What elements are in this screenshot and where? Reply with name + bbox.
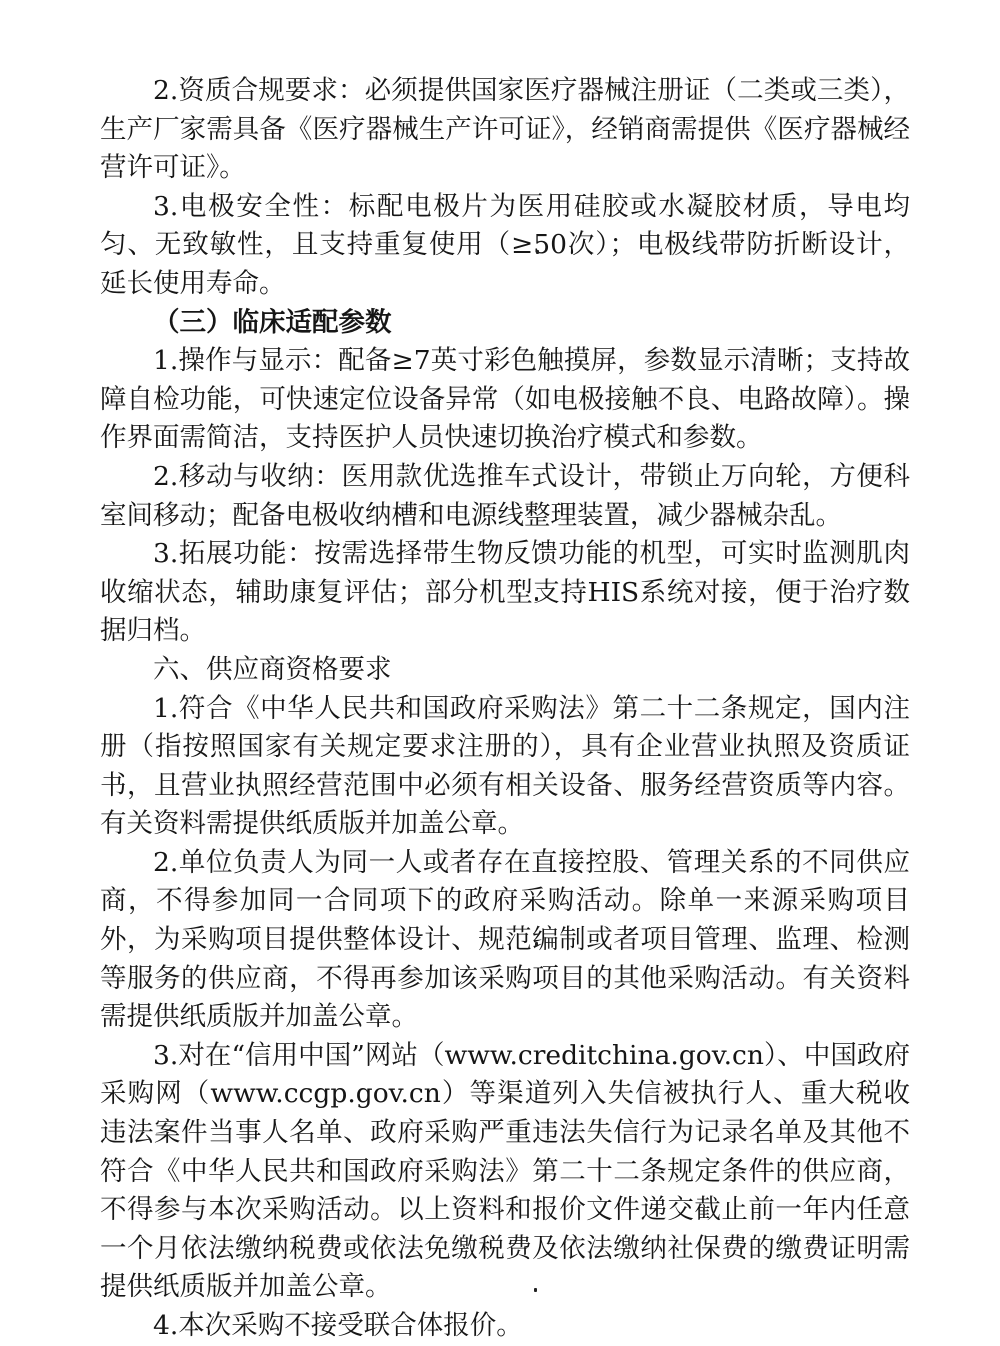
paragraph-no-consortium: 4.本次采购不接受联合体报价。 [100,1307,910,1346]
scan-speck [534,1288,537,1292]
scan-speck [536,250,539,254]
heading-supplier-qualifications: 六、供应商资格要求 [100,651,910,690]
scan-speck [535,597,538,601]
paragraph-electrode-safety: 3.电极安全性：标配电极片为医用硅胶或水凝胶材质，导电均匀、无致敏性，且支持重复… [100,188,910,304]
paragraph-qualification-compliance: 2.资质合规要求：必须提供国家医疗器械注册证（二类或三类），生产厂家需具备《医疗… [100,72,910,188]
paragraph-extended-functions: 3.拓展功能：按需选择带生物反馈功能的机型，可实时监测肌肉收缩状态，辅助康复评估… [100,535,910,651]
paragraph-related-suppliers: 2.单位负责人为同一人或者存在直接控股、管理关系的不同供应商，不得参加同一合同项… [100,844,910,1037]
subheading-clinical-parameters: （三）临床适配参数 [100,304,910,343]
paragraph-operation-display: 1.操作与显示：配备≥7英寸彩色触摸屏，参数显示清晰；支持故障自检功能，可快速定… [100,342,910,458]
document-page: 2.资质合规要求：必须提供国家医疗器械注册证（二类或三类），生产厂家需具备《医疗… [100,72,910,1346]
paragraph-mobility-storage: 2.移动与收纳：医用款优选推车式设计，带锁止万向轮，方便科室间移动；配备电极收纳… [100,458,910,535]
paragraph-credit-records: 3.对在“信用中国”网站（www.creditchina.gov.cn）、中国政… [100,1037,910,1307]
paragraph-procurement-law: 1.符合《中华人民共和国政府采购法》第二十二条规定，国内注册（指按照国家有关规定… [100,690,910,844]
scan-speck [535,942,538,946]
